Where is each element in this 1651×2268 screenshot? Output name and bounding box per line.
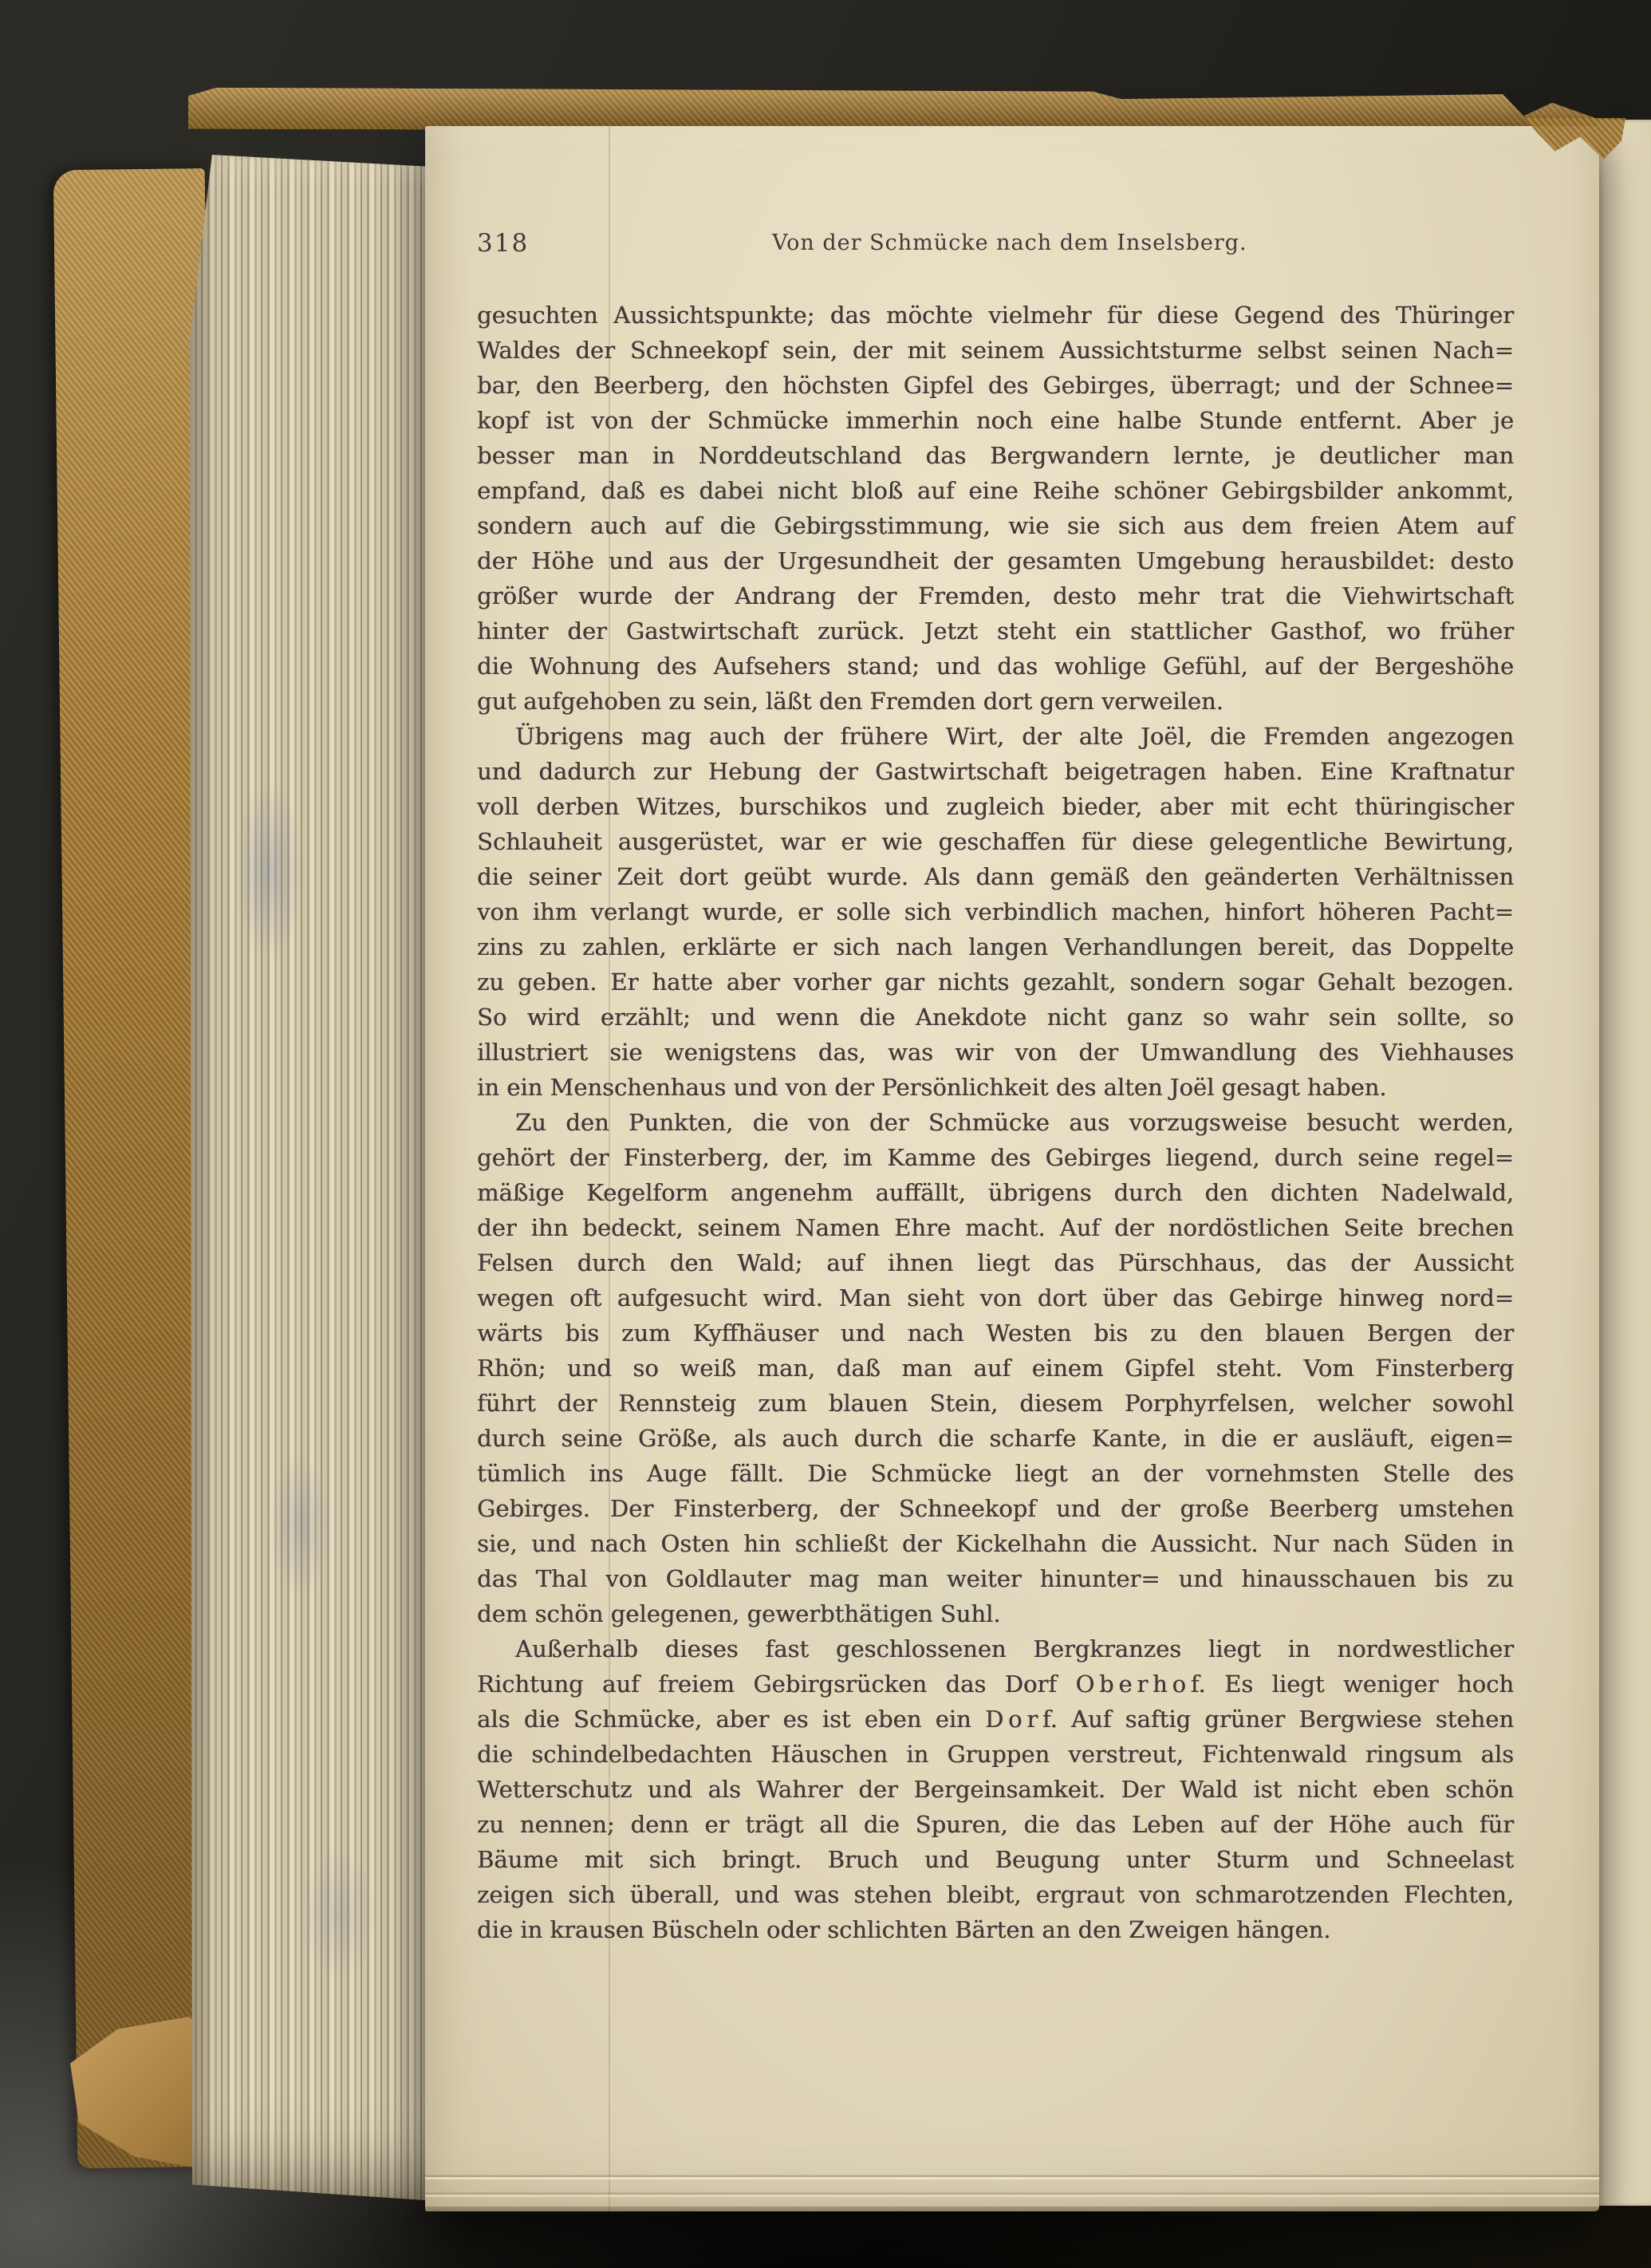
text-line: Zu den Punkten, die von der Schmücke aus… — [477, 1105, 1514, 1140]
text-line: der Höhe und aus der Urgesundheit der ge… — [477, 543, 1514, 578]
text-line: die Wohnung des Aufsehers stand; und das… — [477, 649, 1514, 684]
text-line: zu nennen; denn er trägt all die Spuren,… — [477, 1807, 1514, 1842]
text-line: und dadurch zur Hebung der Gastwirtschaf… — [477, 754, 1514, 789]
printed-text-area: 318 Von der Schmücke nach dem Inselsberg… — [477, 226, 1514, 1947]
paragraph: Übrigens mag auch der frühere Wirt, der … — [477, 719, 1514, 1105]
text-line: als die Schmücke, aber es ist eben ein D… — [477, 1702, 1514, 1737]
text-line: die in krausen Büscheln oder schlichten … — [477, 1912, 1514, 1947]
text-line: zu geben. Er hatte aber vorher gar nicht… — [477, 964, 1514, 1000]
text-line: mäßige Kegelform angenehm auffällt, übri… — [477, 1175, 1514, 1210]
stacked-page-edges — [190, 155, 437, 2201]
running-head-row: 318 Von der Schmücke nach dem Inselsberg… — [477, 226, 1514, 261]
text-line: zins zu zahlen, erklärte er sich nach la… — [477, 929, 1514, 964]
text-line: kopf ist von der Schmücke immerhin noch … — [477, 403, 1514, 438]
book-photo-scene: 318 Von der Schmücke nach dem Inselsberg… — [0, 0, 1651, 2268]
text-line: dem schön gelegenen, gewerbthätigen Suhl… — [477, 1596, 1514, 1631]
text-line: tümlich ins Auge fällt. Die Schmücke lie… — [477, 1456, 1514, 1491]
paragraph: gesuchten Aussichtspunkte; das möchte vi… — [477, 298, 1514, 719]
body-text: gesuchten Aussichtspunkte; das möchte vi… — [477, 298, 1514, 1947]
text-line: sondern auch auf die Gebirgsstimmung, wi… — [477, 508, 1514, 543]
text-line: wegen oft aufgesucht wird. Man sieht von… — [477, 1280, 1514, 1315]
text-line: illustriert sie wenigstens das, was wir … — [477, 1035, 1514, 1070]
page-number: 318 — [477, 229, 529, 258]
text-line: Bäume mit sich bringt. Bruch und Beugung… — [477, 1842, 1514, 1877]
text-line: zeigen sich überall, und was stehen blei… — [477, 1877, 1514, 1912]
text-line: Wetterschutz und als Wahrer der Bergeins… — [477, 1772, 1514, 1807]
next-page-edge — [1595, 120, 1651, 2206]
text-line: Felsen durch den Wald; auf ihnen liegt d… — [477, 1245, 1514, 1280]
text-line: Außerhalb dieses fast geschlossenen Berg… — [477, 1631, 1514, 1666]
text-line: So wird erzählt; und wenn die Anekdote n… — [477, 1000, 1514, 1035]
text-line: Richtung auf freiem Gebirgsrücken das Do… — [477, 1666, 1514, 1702]
text-line: die schindelbedachten Häuschen in Gruppe… — [477, 1737, 1514, 1772]
text-line: das Thal von Goldlauter mag man weiter h… — [477, 1561, 1514, 1596]
text-line: der ihn bedeckt, seinem Namen Ehre macht… — [477, 1210, 1514, 1245]
text-line: Gebirges. Der Finsterberg, der Schneekop… — [477, 1491, 1514, 1526]
text-line: gesuchten Aussichtspunkte; das möchte vi… — [477, 298, 1514, 333]
text-line: bar, den Beerberg, den höchsten Gipfel d… — [477, 368, 1514, 403]
text-line: gehört der Finsterberg, der, im Kamme de… — [477, 1140, 1514, 1175]
text-line: größer wurde der Andrang der Fremden, de… — [477, 578, 1514, 613]
text-line: von ihm verlangt wurde, er solle sich ve… — [477, 894, 1514, 929]
paragraph: Außerhalb dieses fast geschlossenen Berg… — [477, 1631, 1514, 1947]
text-line: führt der Rennsteig zum blauen Stein, di… — [477, 1386, 1514, 1421]
text-line: Übrigens mag auch der frühere Wirt, der … — [477, 719, 1514, 754]
text-line: wärts bis zum Kyffhäuser und nach Westen… — [477, 1315, 1514, 1351]
text-line: hinter der Gastwirtschaft zurück. Jetzt … — [477, 613, 1514, 649]
text-line: gut aufgehoben zu sein, läßt den Fremden… — [477, 684, 1514, 719]
text-line: die seiner Zeit dort geübt wurde. Als da… — [477, 859, 1514, 894]
text-line: besser man in Norddeutschland das Bergwa… — [477, 438, 1514, 473]
paragraph: Zu den Punkten, die von der Schmücke aus… — [477, 1105, 1514, 1631]
text-line: Schlauheit ausgerüstet, war er wie gesch… — [477, 824, 1514, 859]
text-line: in ein Menschenhaus und von der Persönli… — [477, 1070, 1514, 1105]
running-header-title: Von der Schmücke nach dem Inselsberg. — [772, 226, 1247, 261]
text-line: Rhön; und so weiß man, daß man auf einem… — [477, 1351, 1514, 1386]
text-line: durch seine Größe, als auch durch die sc… — [477, 1421, 1514, 1456]
text-line: sie, und nach Osten hin schließt der Kic… — [477, 1526, 1514, 1561]
text-line: Waldes der Schneekopf sein, der mit sein… — [477, 333, 1514, 368]
text-line: voll derben Witzes, burschikos und zugle… — [477, 789, 1514, 824]
book-page: 318 Von der Schmücke nach dem Inselsberg… — [425, 126, 1599, 2211]
text-line: empfand, daß es dabei nicht bloß auf ein… — [477, 473, 1514, 508]
